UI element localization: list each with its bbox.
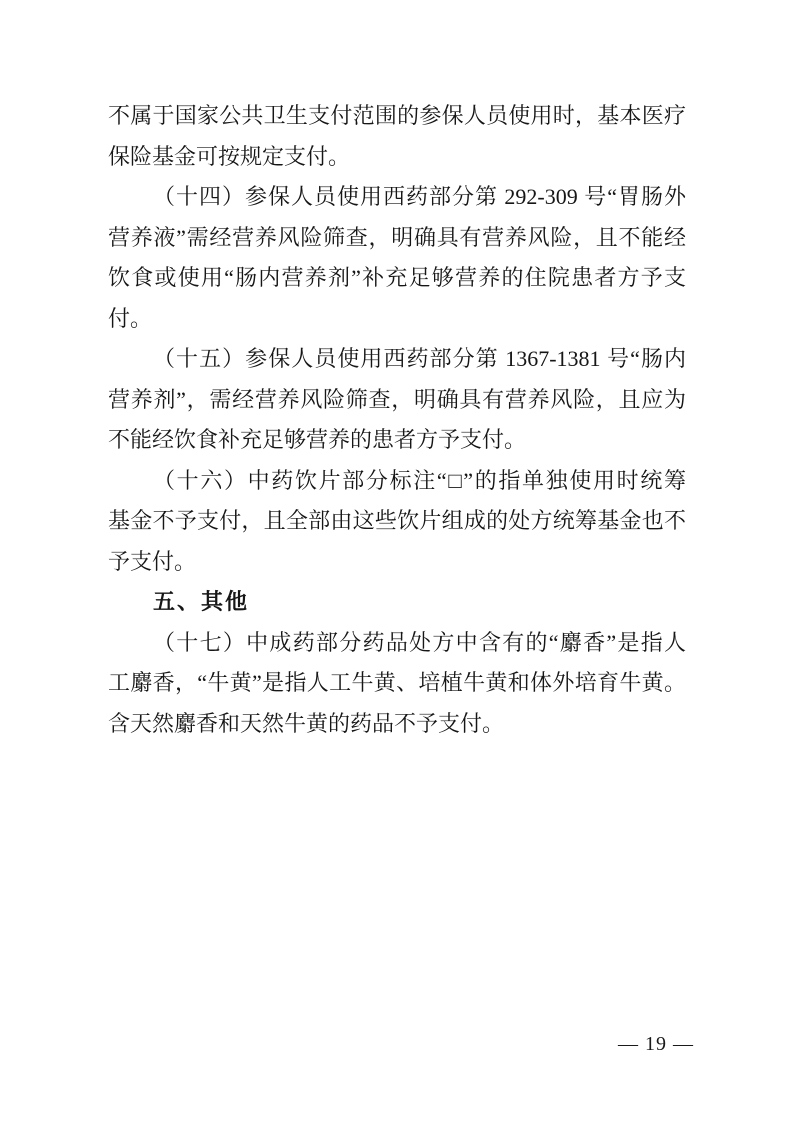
text-line: 饮食或使用“肠内营养剂”补充足够营养的住院患者方予支 bbox=[108, 258, 686, 299]
text-line: 予支付。 bbox=[108, 542, 686, 583]
text-line: 基金不予支付，且全部由这些饮片组成的处方统筹基金也不 bbox=[108, 501, 686, 542]
text-line: 不属于国家公共卫生支付范围的参保人员使用时，基本医疗 bbox=[108, 96, 686, 137]
text-line: 含天然麝香和天然牛黄的药品不予支付。 bbox=[108, 704, 686, 745]
page-number: — 19 — bbox=[606, 1031, 706, 1057]
document-page: 不属于国家公共卫生支付范围的参保人员使用时，基本医疗保险基金可按规定支付。（十四… bbox=[0, 0, 793, 1122]
text-line: 营养剂”，需经营养风险筛查，明确具有营养风险，且应为 bbox=[108, 380, 686, 421]
text-line: 保险基金可按规定支付。 bbox=[108, 137, 686, 178]
text-line: （十六）中药饮片部分标注“□”的指单独使用时统筹 bbox=[108, 461, 686, 502]
section-heading: 五、其他 bbox=[108, 582, 686, 623]
text-line: 营养液”需经营养风险筛查，明确具有营养风险，且不能经 bbox=[108, 218, 686, 259]
text-line: 不能经饮食补充足够营养的患者方予支付。 bbox=[108, 420, 686, 461]
text-line: （十七）中成药部分药品处方中含有的“麝香”是指人 bbox=[108, 623, 686, 664]
text-line: 工麝香，“牛黄”是指人工牛黄、培植牛黄和体外培育牛黄。 bbox=[108, 663, 686, 704]
text-line: 付。 bbox=[108, 299, 686, 340]
text-line: （十五）参保人员使用西药部分第 1367-1381 号“肠内 bbox=[108, 339, 686, 380]
text-line: （十四）参保人员使用西药部分第 292-309 号“胃肠外 bbox=[108, 177, 686, 218]
document-body: 不属于国家公共卫生支付范围的参保人员使用时，基本医疗保险基金可按规定支付。（十四… bbox=[108, 96, 686, 744]
